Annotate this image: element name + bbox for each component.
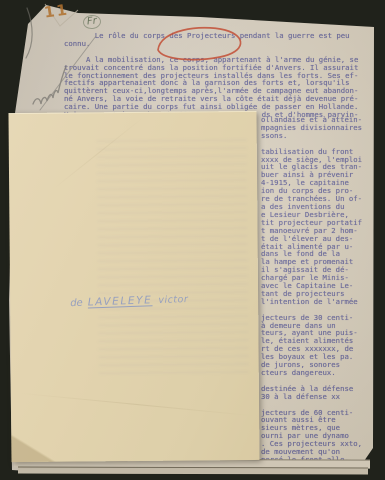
typed-text-right-column: ollandaise et à attein- mpagnies divisio… [261,116,379,464]
overlay-paper: deLAVELEYEvictor [8,111,259,462]
scanned-document: Le rôle du corps des Projecteurs pendant… [0,0,385,480]
handwritten-surname: LAVELEYE [88,294,153,308]
paper-crease [20,393,254,417]
handwritten-firstname: victor [158,294,188,306]
paper-fold-corner [11,430,67,462]
underlying-sheet-edge-2 [18,467,368,475]
bleed-through-text [97,139,249,380]
handwritten-name-particle: de [70,298,83,309]
red-circle-annotation [0,0,260,80]
